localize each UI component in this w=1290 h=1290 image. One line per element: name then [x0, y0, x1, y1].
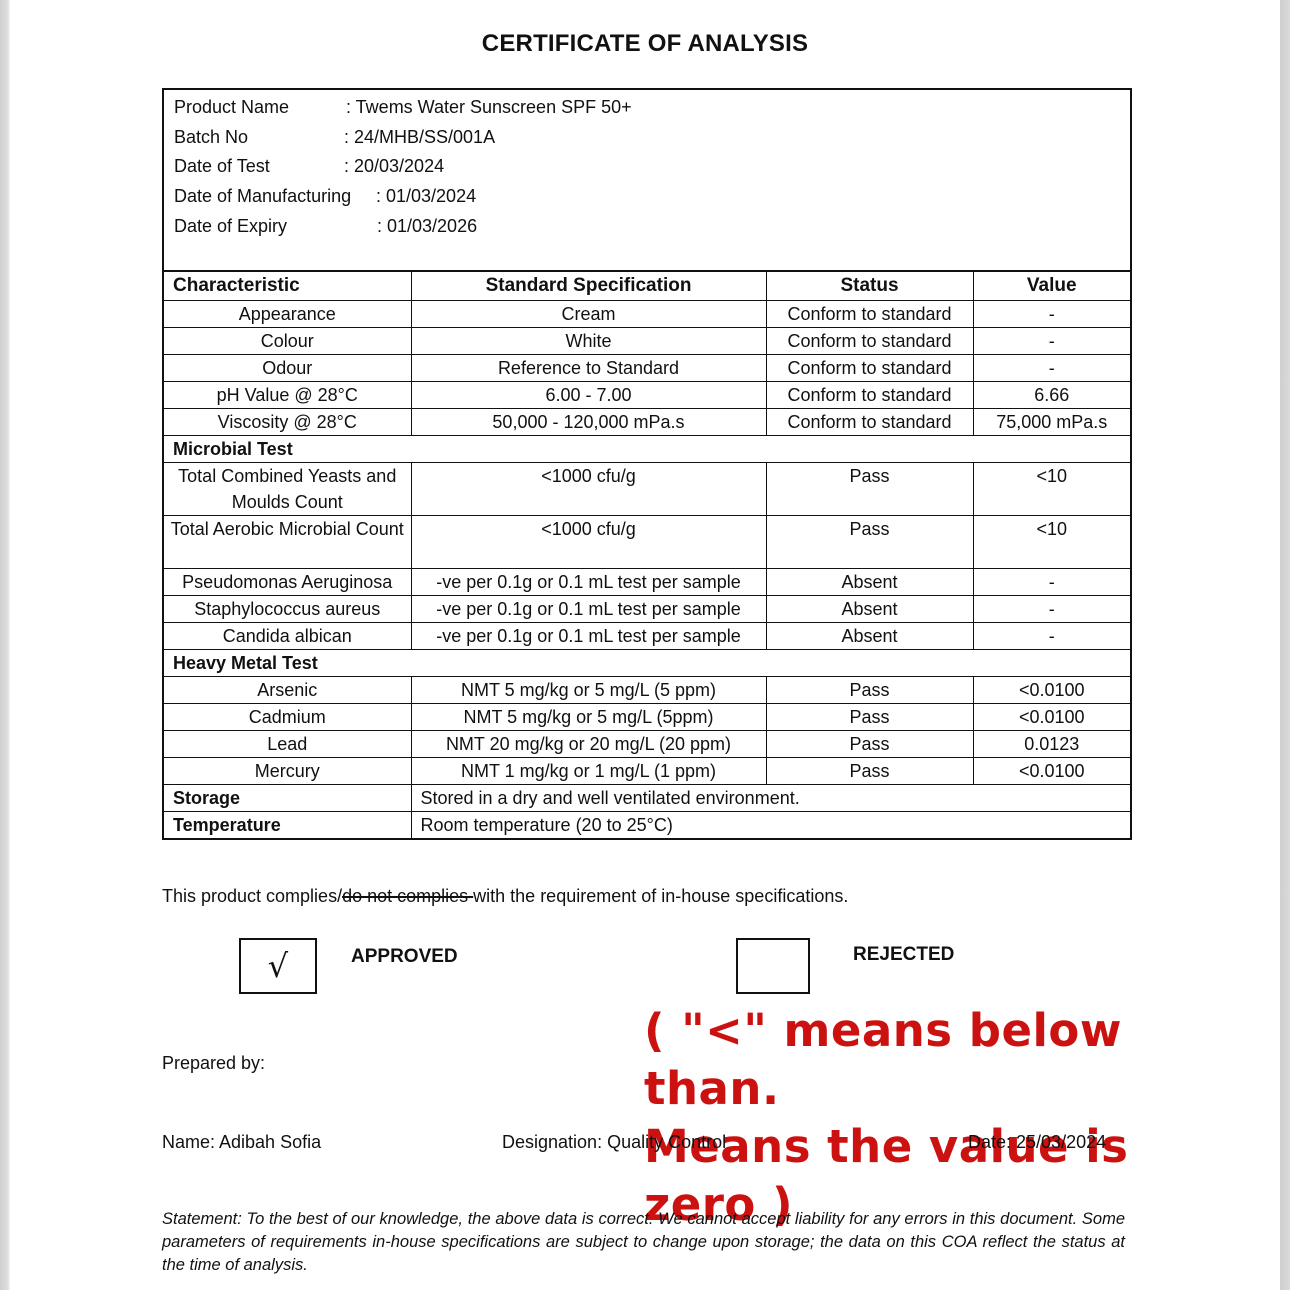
product-info: Product Name : Twems Water Sunscreen SPF…: [164, 90, 1130, 272]
table-header-row: Characteristic Standard Specification St…: [164, 272, 1130, 301]
cell-characteristic: pH Value @ 28°C: [164, 382, 411, 409]
info-label: Date of Manufacturing: [174, 181, 351, 211]
cell-status: Conform to standard: [766, 382, 973, 409]
table-row: Viscosity @ 28°C50,000 - 120,000 mPa.sCo…: [164, 409, 1130, 436]
cell-value: <0.0100: [973, 677, 1130, 704]
coa-frame: Product Name : Twems Water Sunscreen SPF…: [162, 88, 1132, 840]
cell-value: -: [973, 355, 1130, 382]
red-annotation: ( "<" means below than. Means the value …: [644, 1002, 1244, 1234]
table-row: LeadNMT 20 mg/kg or 20 mg/L (20 ppm)Pass…: [164, 731, 1130, 758]
cell-characteristic: Candida albican: [164, 623, 411, 650]
cell-characteristic: Staphylococcus aureus: [164, 596, 411, 623]
cell-characteristic: Total Combined Yeasts and Moulds Count: [164, 463, 411, 516]
temperature-value: Room temperature (20 to 25°C): [411, 812, 1130, 839]
info-label: Date of Expiry: [174, 211, 287, 241]
cell-characteristic: Total Aerobic Microbial Count: [164, 516, 411, 569]
info-label: Product Name: [174, 92, 289, 122]
compliance-text-before: This product complies/: [162, 886, 342, 906]
cell-specification: NMT 5 mg/kg or 5 mg/L (5 ppm): [411, 677, 766, 704]
cell-status: Pass: [766, 677, 973, 704]
cell-status: Conform to standard: [766, 301, 973, 328]
cell-characteristic: Viscosity @ 28°C: [164, 409, 411, 436]
cell-value: 6.66: [973, 382, 1130, 409]
rejected-label: REJECTED: [853, 944, 954, 966]
storage-row: Storage Stored in a dry and well ventila…: [164, 785, 1130, 812]
cell-specification: White: [411, 328, 766, 355]
annotation-line-1: ( "<" means below than.: [644, 1002, 1244, 1118]
cell-status: Pass: [766, 758, 973, 785]
cell-status: Absent: [766, 623, 973, 650]
cell-specification: <1000 cfu/g: [411, 516, 766, 569]
table-row: MercuryNMT 1 mg/kg or 1 mg/L (1 ppm)Pass…: [164, 758, 1130, 785]
cell-value: -: [973, 328, 1130, 355]
section-row-heavy-metal: Heavy Metal Test: [164, 650, 1130, 677]
cell-value: -: [973, 623, 1130, 650]
table-row: Staphylococcus aureus-ve per 0.1g or 0.1…: [164, 596, 1130, 623]
cell-status: Absent: [766, 569, 973, 596]
disclaimer-statement: Statement: To the best of our knowledge,…: [162, 1208, 1125, 1277]
heavy-metal-rows: ArsenicNMT 5 mg/kg or 5 mg/L (5 ppm)Pass…: [164, 677, 1130, 785]
table-row: Candida albican-ve per 0.1g or 0.1 mL te…: [164, 623, 1130, 650]
info-value: : 01/03/2026: [377, 211, 477, 241]
header-characteristic: Characteristic: [164, 272, 411, 301]
cell-status: Conform to standard: [766, 409, 973, 436]
header-value: Value: [973, 272, 1130, 301]
cell-status: Pass: [766, 704, 973, 731]
cell-status: Conform to standard: [766, 328, 973, 355]
cell-value: <0.0100: [973, 704, 1130, 731]
table-row: Total Aerobic Microbial Count<1000 cfu/g…: [164, 516, 1130, 569]
approved-label: APPROVED: [351, 946, 458, 968]
compliance-statement: This product complies/do not complies wi…: [162, 886, 848, 907]
compliance-text-struck: do not complies: [342, 886, 473, 906]
cell-specification: -ve per 0.1g or 0.1 mL test per sample: [411, 569, 766, 596]
cell-specification: <1000 cfu/g: [411, 463, 766, 516]
cell-characteristic: Appearance: [164, 301, 411, 328]
cell-value: 75,000 mPa.s: [973, 409, 1130, 436]
cell-status: Absent: [766, 596, 973, 623]
section-title-microbial: Microbial Test: [164, 436, 1130, 463]
rejected-checkbox[interactable]: [736, 938, 810, 994]
info-value: : Twems Water Sunscreen SPF 50+: [346, 92, 632, 122]
table-row: ColourWhiteConform to standard-: [164, 328, 1130, 355]
cell-specification: 50,000 - 120,000 mPa.s: [411, 409, 766, 436]
cell-value: -: [973, 301, 1130, 328]
table-row: pH Value @ 28°C6.00 - 7.00Conform to sta…: [164, 382, 1130, 409]
page-edge-left: [0, 0, 10, 1290]
header-status: Status: [766, 272, 973, 301]
cell-characteristic: Cadmium: [164, 704, 411, 731]
prepared-by-label: Prepared by:: [162, 1053, 265, 1074]
cell-value: <10: [973, 516, 1130, 569]
approved-checkbox[interactable]: √: [239, 938, 317, 994]
cell-characteristic: Arsenic: [164, 677, 411, 704]
cell-status: Pass: [766, 731, 973, 758]
page-edge-right: [1280, 0, 1290, 1290]
cell-characteristic: Lead: [164, 731, 411, 758]
compliance-text-after: with the requirement of in-house specifi…: [473, 886, 848, 906]
storage-value: Stored in a dry and well ventilated envi…: [411, 785, 1130, 812]
cell-characteristic: Odour: [164, 355, 411, 382]
cell-specification: NMT 20 mg/kg or 20 mg/L (20 ppm): [411, 731, 766, 758]
cell-specification: NMT 1 mg/kg or 1 mg/L (1 ppm): [411, 758, 766, 785]
cell-specification: -ve per 0.1g or 0.1 mL test per sample: [411, 623, 766, 650]
microbial-rows: Total Combined Yeasts and Moulds Count<1…: [164, 463, 1130, 650]
cell-specification: NMT 5 mg/kg or 5 mg/L (5ppm): [411, 704, 766, 731]
info-value: : 20/03/2024: [344, 151, 444, 181]
info-label: Date of Test: [174, 151, 270, 181]
temperature-row: Temperature Room temperature (20 to 25°C…: [164, 812, 1130, 839]
physical-rows: AppearanceCreamConform to standard-Colou…: [164, 301, 1130, 436]
info-value: : 01/03/2024: [376, 181, 476, 211]
info-label: Batch No: [174, 122, 248, 152]
document-title: CERTIFICATE OF ANALYSIS: [0, 30, 1290, 58]
section-title-heavy-metal: Heavy Metal Test: [164, 650, 1130, 677]
cell-specification: -ve per 0.1g or 0.1 mL test per sample: [411, 596, 766, 623]
cell-specification: Cream: [411, 301, 766, 328]
cell-value: <10: [973, 463, 1130, 516]
storage-label: Storage: [164, 785, 411, 812]
cell-characteristic: Mercury: [164, 758, 411, 785]
cell-specification: 6.00 - 7.00: [411, 382, 766, 409]
check-mark-icon: √: [268, 947, 288, 985]
cell-value: -: [973, 569, 1130, 596]
table-row: OdourReference to StandardConform to sta…: [164, 355, 1130, 382]
table-row: ArsenicNMT 5 mg/kg or 5 mg/L (5 ppm)Pass…: [164, 677, 1130, 704]
info-value: : 24/MHB/SS/001A: [344, 122, 495, 152]
signatory-designation: Designation: Quality Control: [502, 1132, 726, 1153]
cell-value: <0.0100: [973, 758, 1130, 785]
cell-status: Pass: [766, 516, 973, 569]
cell-value: 0.0123: [973, 731, 1130, 758]
cell-status: Pass: [766, 463, 973, 516]
cell-characteristic: Colour: [164, 328, 411, 355]
cell-value: -: [973, 596, 1130, 623]
table-row: AppearanceCreamConform to standard-: [164, 301, 1130, 328]
table-row: Total Combined Yeasts and Moulds Count<1…: [164, 463, 1130, 516]
signatory-name: Name: Adibah Sofia: [162, 1132, 321, 1153]
signature-date: Date: 25/03/2024: [968, 1132, 1106, 1153]
section-row-microbial: Microbial Test: [164, 436, 1130, 463]
table-row: CadmiumNMT 5 mg/kg or 5 mg/L (5ppm)Pass<…: [164, 704, 1130, 731]
header-standard-specification: Standard Specification: [411, 272, 766, 301]
temperature-label: Temperature: [164, 812, 411, 839]
cell-status: Conform to standard: [766, 355, 973, 382]
cell-characteristic: Pseudomonas Aeruginosa: [164, 569, 411, 596]
analysis-table: Characteristic Standard Specification St…: [164, 272, 1130, 838]
table-row: Pseudomonas Aeruginosa-ve per 0.1g or 0.…: [164, 569, 1130, 596]
cell-specification: Reference to Standard: [411, 355, 766, 382]
